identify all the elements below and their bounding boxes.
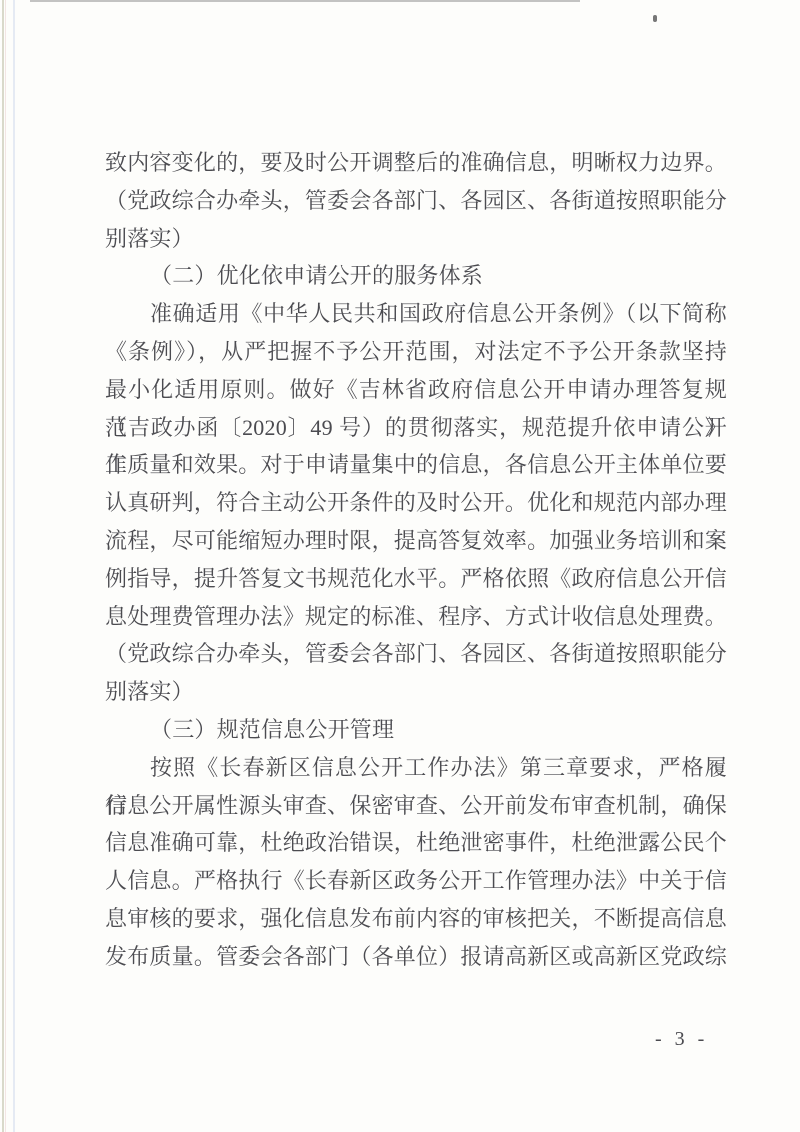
- body-line: 准确适用《中华人民共和国政府信息公开条例》（以下简称: [105, 295, 727, 333]
- scan-artifact-left-edge: [5, 0, 6, 1132]
- body-line: 作质量和效果。对于申请量集中的信息，各信息公开主体单位要: [105, 446, 727, 484]
- body-line: 最小化适用原则。做好《吉林省政府信息公开申请办理答复规范》: [105, 371, 727, 409]
- body-line: （吉政办函〔2020〕49 号）的贯彻落实，规范提升依申请公开工: [105, 409, 727, 447]
- body-line: 息处理费管理办法》规定的标准、程序、方式计收信息处理费。: [105, 598, 727, 636]
- body-line: 认真研判，符合主动公开条件的及时公开。优化和规范内部办理: [105, 484, 727, 522]
- body-line: 息审核的要求，强化信息发布前内容的审核把关，不断提高信息: [105, 900, 727, 938]
- body-line: 《条例》），从严把握不予公开范围，对法定不予公开条款坚持: [105, 333, 727, 371]
- body-line: 致内容变化的，要及时公开调整后的准确信息，明晰权力边界。: [105, 144, 727, 182]
- section-heading-2: （二）优化依申请公开的服务体系: [105, 257, 727, 295]
- body-line: 别落实）: [105, 673, 727, 711]
- body-line: （党政综合办牵头，管委会各部门、各园区、各街道按照职能分: [105, 635, 727, 673]
- scan-artifact-top-edge: [30, 0, 580, 2]
- body-line: 例指导，提升答复文书规范化水平。严格依照《政府信息公开信: [105, 560, 727, 598]
- body-line: （党政综合办牵头，管委会各部门、各园区、各街道按照职能分: [105, 182, 727, 220]
- page-number: - 3 -: [655, 1028, 708, 1051]
- body-line: 信息准确可靠，杜绝政治错误，杜绝泄密事件，杜绝泄露公民个: [105, 824, 727, 862]
- scan-artifact-speck: [653, 15, 657, 22]
- body-line: 流程，尽可能缩短办理时限，提高答复效率。加强业务培训和案: [105, 522, 727, 560]
- body-line: 人信息。严格执行《长春新区政务公开工作管理办法》中关于信: [105, 862, 727, 900]
- scan-artifact-left-edge: [13, 0, 15, 1132]
- body-line: 按照《长春新区信息公开工作办法》第三章要求，严格履行: [105, 749, 727, 787]
- section-heading-3: （三）规范信息公开管理: [105, 711, 727, 749]
- scanned-document-page: 致内容变化的，要及时公开调整后的准确信息，明晰权力边界。 （党政综合办牵头，管委…: [0, 0, 800, 1132]
- document-body: 致内容变化的，要及时公开调整后的准确信息，明晰权力边界。 （党政综合办牵头，管委…: [105, 144, 727, 976]
- body-line: 信息公开属性源头审查、保密审查、公开前发布审查机制，确保: [105, 787, 727, 825]
- body-line: 发布质量。管委会各部门（各单位）报请高新区或高新区党政综: [105, 938, 727, 976]
- scan-artifact-left-edge: [2, 0, 4, 1132]
- body-line: 别落实）: [105, 220, 727, 258]
